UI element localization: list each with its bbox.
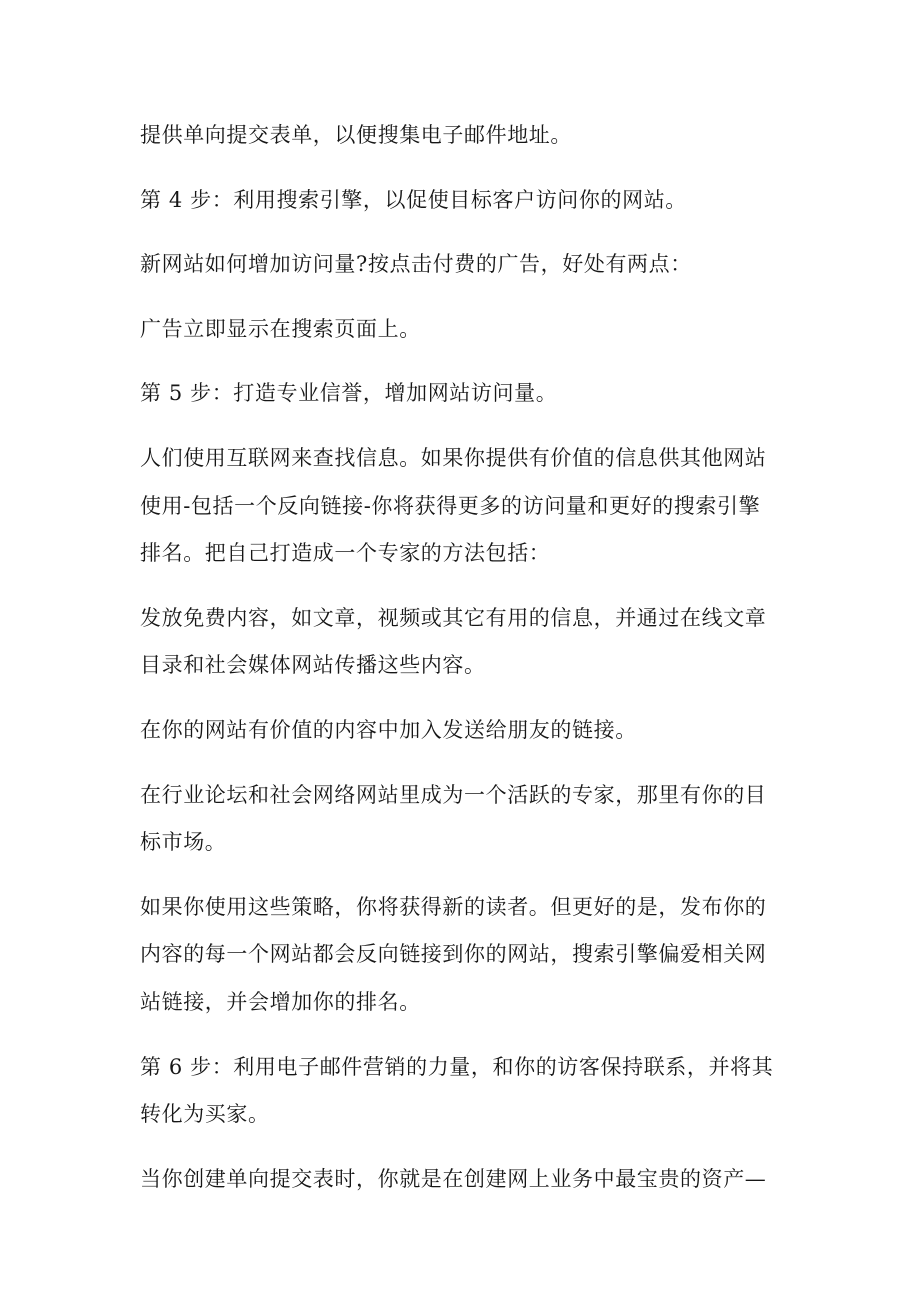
paragraph: 广告立即显示在搜索页面上。 — [140, 306, 782, 354]
document-page: 提供单向提交表单，以便搜集电子邮件地址。 第 4 步：利用搜索引擎，以促使目标客… — [0, 0, 920, 1302]
paragraph: 在你的网站有价值的内容中加入发送给朋友的链接。 — [140, 707, 782, 755]
text-line: 内容的每一个网站都会反向链接到你的网站，搜索引擎偏爱相关网 — [140, 931, 782, 979]
paragraph: 人们使用互联网来查找信息。如果你提供有价值的信息供其他网站 使用-包括一个反向链… — [140, 435, 782, 578]
text-line: 如果你使用这些策略，你将获得新的读者。但更好的是，发布你的 — [140, 884, 782, 932]
text-line: 转化为买家。 — [140, 1091, 782, 1139]
text-line: 提供单向提交表单，以便搜集电子邮件地址。 — [140, 112, 782, 160]
text-line: 在你的网站有价值的内容中加入发送给朋友的链接。 — [140, 707, 782, 755]
paragraph: 如果你使用这些策略，你将获得新的读者。但更好的是，发布你的 内容的每一个网站都会… — [140, 884, 782, 1027]
text-line: 人们使用互联网来查找信息。如果你提供有价值的信息供其他网站 — [140, 435, 782, 483]
text-line: 在行业论坛和社会网络网站里成为一个活跃的专家，那里有你的目 — [140, 772, 782, 820]
text-line: 使用-包括一个反向链接-你将获得更多的访问量和更好的搜索引擎 — [140, 483, 782, 531]
paragraph: 新网站如何增加访问量?按点击付费的广告，好处有两点： — [140, 241, 782, 289]
text-line: 第 5 步：打造专业信誉，增加网站访问量。 — [140, 370, 782, 418]
paragraph: 当你创建单向提交表时，你就是在创建网上业务中最宝贵的资产— — [140, 1156, 782, 1204]
text-line: 标市场。 — [140, 819, 782, 867]
text-line: 第 4 步：利用搜索引擎，以促使目标客户访问你的网站。 — [140, 177, 782, 225]
text-line: 排名。把自己打造成一个专家的方法包括： — [140, 530, 782, 578]
text-line: 广告立即显示在搜索页面上。 — [140, 306, 782, 354]
text-line: 目录和社会媒体网站传播这些内容。 — [140, 642, 782, 690]
text-line: 发放免费内容，如文章，视频或其它有用的信息，并通过在线文章 — [140, 595, 782, 643]
paragraph: 在行业论坛和社会网络网站里成为一个活跃的专家，那里有你的目 标市场。 — [140, 772, 782, 867]
text-line: 当你创建单向提交表时，你就是在创建网上业务中最宝贵的资产— — [140, 1156, 782, 1204]
text-line: 新网站如何增加访问量?按点击付费的广告，好处有两点： — [140, 241, 782, 289]
text-line: 第 6 步：利用电子邮件营销的力量，和你的访客保持联系，并将其 — [140, 1044, 782, 1092]
text-line: 站链接，并会增加你的排名。 — [140, 979, 782, 1027]
paragraph: 发放免费内容，如文章，视频或其它有用的信息，并通过在线文章 目录和社会媒体网站传… — [140, 595, 782, 690]
paragraph-step-4-heading: 第 4 步：利用搜索引擎，以促使目标客户访问你的网站。 — [140, 177, 782, 225]
paragraph-step-6-heading: 第 6 步：利用电子邮件营销的力量，和你的访客保持联系，并将其 转化为买家。 — [140, 1044, 782, 1139]
paragraph-step-5-heading: 第 5 步：打造专业信誉，增加网站访问量。 — [140, 370, 782, 418]
paragraph: 提供单向提交表单，以便搜集电子邮件地址。 — [140, 112, 782, 160]
